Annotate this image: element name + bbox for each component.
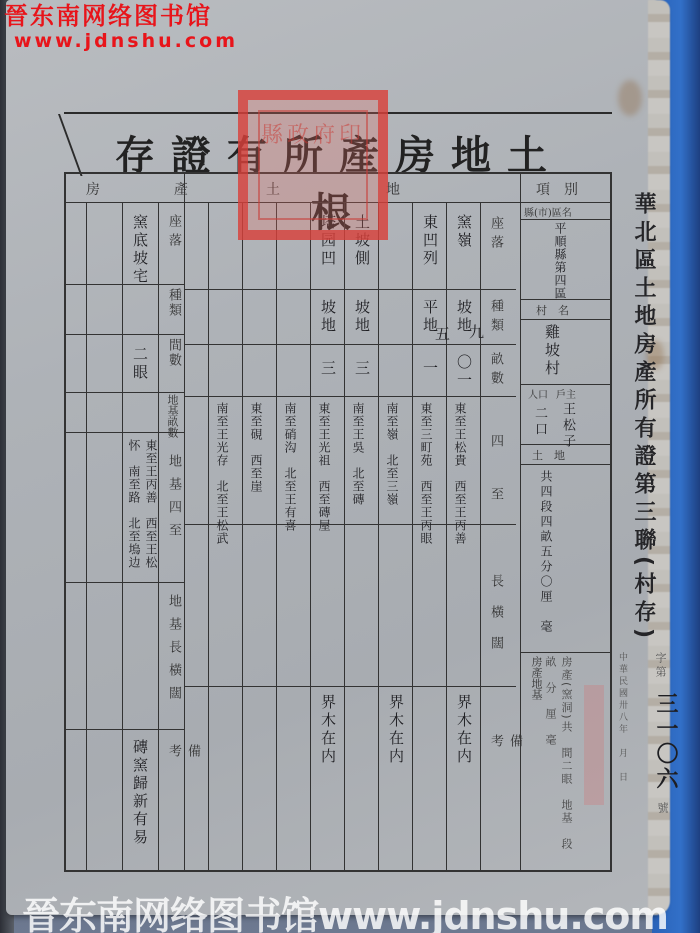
item-people-value: 二口 [530,406,549,438]
header-house: 房 產 [86,179,196,199]
house-label-foundation-dimensions: 地基長橫闊 [164,594,183,709]
land-entry-2-location: 東凹列 [420,214,441,268]
row-divider [520,319,610,320]
column-divider [208,202,209,870]
house-entry-remark: 磚窯歸新有易 [130,739,151,847]
watermark-top-title: 晉东南网络图书馆 [4,2,238,30]
house-label-foundation-boundaries: 地基四至 [164,454,183,546]
column-divider [412,202,413,870]
house-label-type: 種類 [164,288,183,318]
land-entry-1-boundaries: 東至王松貴 西至王丙善 [452,402,469,545]
side-date-note: 中華民國卅八年 月 日 [616,652,629,784]
side-number-suffix: 號 [654,802,670,816]
item-house-value: 房產(窯洞)共 間二眼 地基 段 畝 分 厘 毫 [542,656,574,866]
land-label-dimensions: 長橫闊 [486,574,505,667]
item-owner-value: 王松子 [558,402,577,450]
house-entry-count: 二眼 [130,346,151,382]
row-divider [184,289,516,290]
item-people-label: 人口 [528,386,548,401]
land-label-boundaries: 四至 [486,434,505,540]
item-land-label: 土 地 [532,447,565,463]
land-entry-2-count: 一 [420,360,441,378]
land-label-area: 畝數 [486,352,505,390]
item-village-value: 雞坡村 [542,324,563,378]
land-entry-5-boundaries: 東至王光祖 西至磚屋 [316,402,333,532]
row-divider [66,334,184,335]
land-entry-6-count: 三 [318,360,339,378]
column-divider [276,202,277,870]
land-entry-1-remark: 界木在内 [454,694,475,766]
land-entry-4-boundaries: 南至王吳 北至磚 [350,402,367,506]
red-seal-stamp-small [584,685,604,805]
land-entry-4-count: 三 [352,360,373,378]
land-label-remark: 備考 [486,734,524,870]
house-label-location: 座落 [164,214,183,252]
certificate-table: 項 別 土 地 房 產 [64,172,612,872]
header-item-category: 項 別 [536,179,578,199]
house-label-count: 間數 [164,338,183,368]
column-divider [480,202,481,870]
row-divider [184,686,516,687]
item-village-label: 村 名 [536,302,569,318]
paper-stain [618,80,642,116]
row-divider [520,219,610,220]
house-entry-boundaries: 東至王丙善 西至王松怀 南至路 北至塢边 [126,439,160,579]
column-divider [86,202,87,870]
land-label-location: 座落 [486,216,505,254]
watermark-top: 晉东南网络图书馆 www.jdnshu.com [4,2,238,52]
column-divider [378,202,379,870]
land-entry-3-remark: 界木在内 [386,694,407,766]
item-county-value: 平順縣第四區 [552,222,569,300]
land-entry-2-boundaries: 東至三町苑 西至王丙眼 [418,402,435,545]
item-county-label: 縣(市)區名 [524,204,572,219]
row-divider [66,284,184,285]
land-entry-6-boundaries: 南至硝沟 北至王有喜 [282,402,299,532]
land-entry-4-type: 坡地 [352,299,373,335]
row-divider [66,392,184,393]
row-divider [520,384,610,385]
red-official-seal: 縣政府印 [238,90,388,240]
land-entry-1-count: 〇一 [454,354,475,390]
side-title: 華北區土地房產所有證第三聯(村存) [628,192,659,644]
column-divider [310,202,311,870]
side-number-label: 字第 [652,652,668,680]
house-label-foundation-area: 地基畝數 [164,394,180,438]
house-label-remark: 備考 [164,744,202,870]
land-label-type: 種類 [486,299,505,337]
land-entry-6-type: 坡地 [318,299,339,335]
land-entry-2-area: 五 [432,326,453,344]
row-divider [520,652,610,653]
column-divider [242,202,243,870]
column-divider [122,202,123,870]
house-entry-location: 窯底坡宅 [130,214,151,286]
land-entry-1-location: 窯嶺 [454,214,475,250]
land-entry-3-boundaries: 南至嶺 北至三嶺 [384,402,401,506]
watermark-bottom: 晉东南网络图书馆www.jdnshu.com [22,885,668,933]
column-divider [344,202,345,870]
row-divider [184,396,516,397]
row-divider [520,464,610,465]
item-land-value: 共四段四畝五分〇厘 毫 [538,470,555,650]
land-entry-7-boundaries: 東至硯 西至崖 [248,402,265,493]
row-divider [66,582,184,583]
row-divider [66,729,184,730]
watermark-top-url: www.jdnshu.com [4,30,238,52]
certificate-number: 三一〇六 [650,692,681,792]
row-divider [184,344,516,345]
item-owner-label: 戶主 [556,386,576,401]
land-entry-8-boundaries: 南至王光存 北至王松武 [214,402,231,545]
document-paper: 土地房產所有證存根 項 別 土 地 房 產 [6,0,664,915]
land-entry-1-area: 九 [466,324,487,342]
seal-text: 縣政府印 [258,110,368,220]
land-entry-5-remark: 界木在内 [318,694,339,766]
column-divider [446,202,447,870]
